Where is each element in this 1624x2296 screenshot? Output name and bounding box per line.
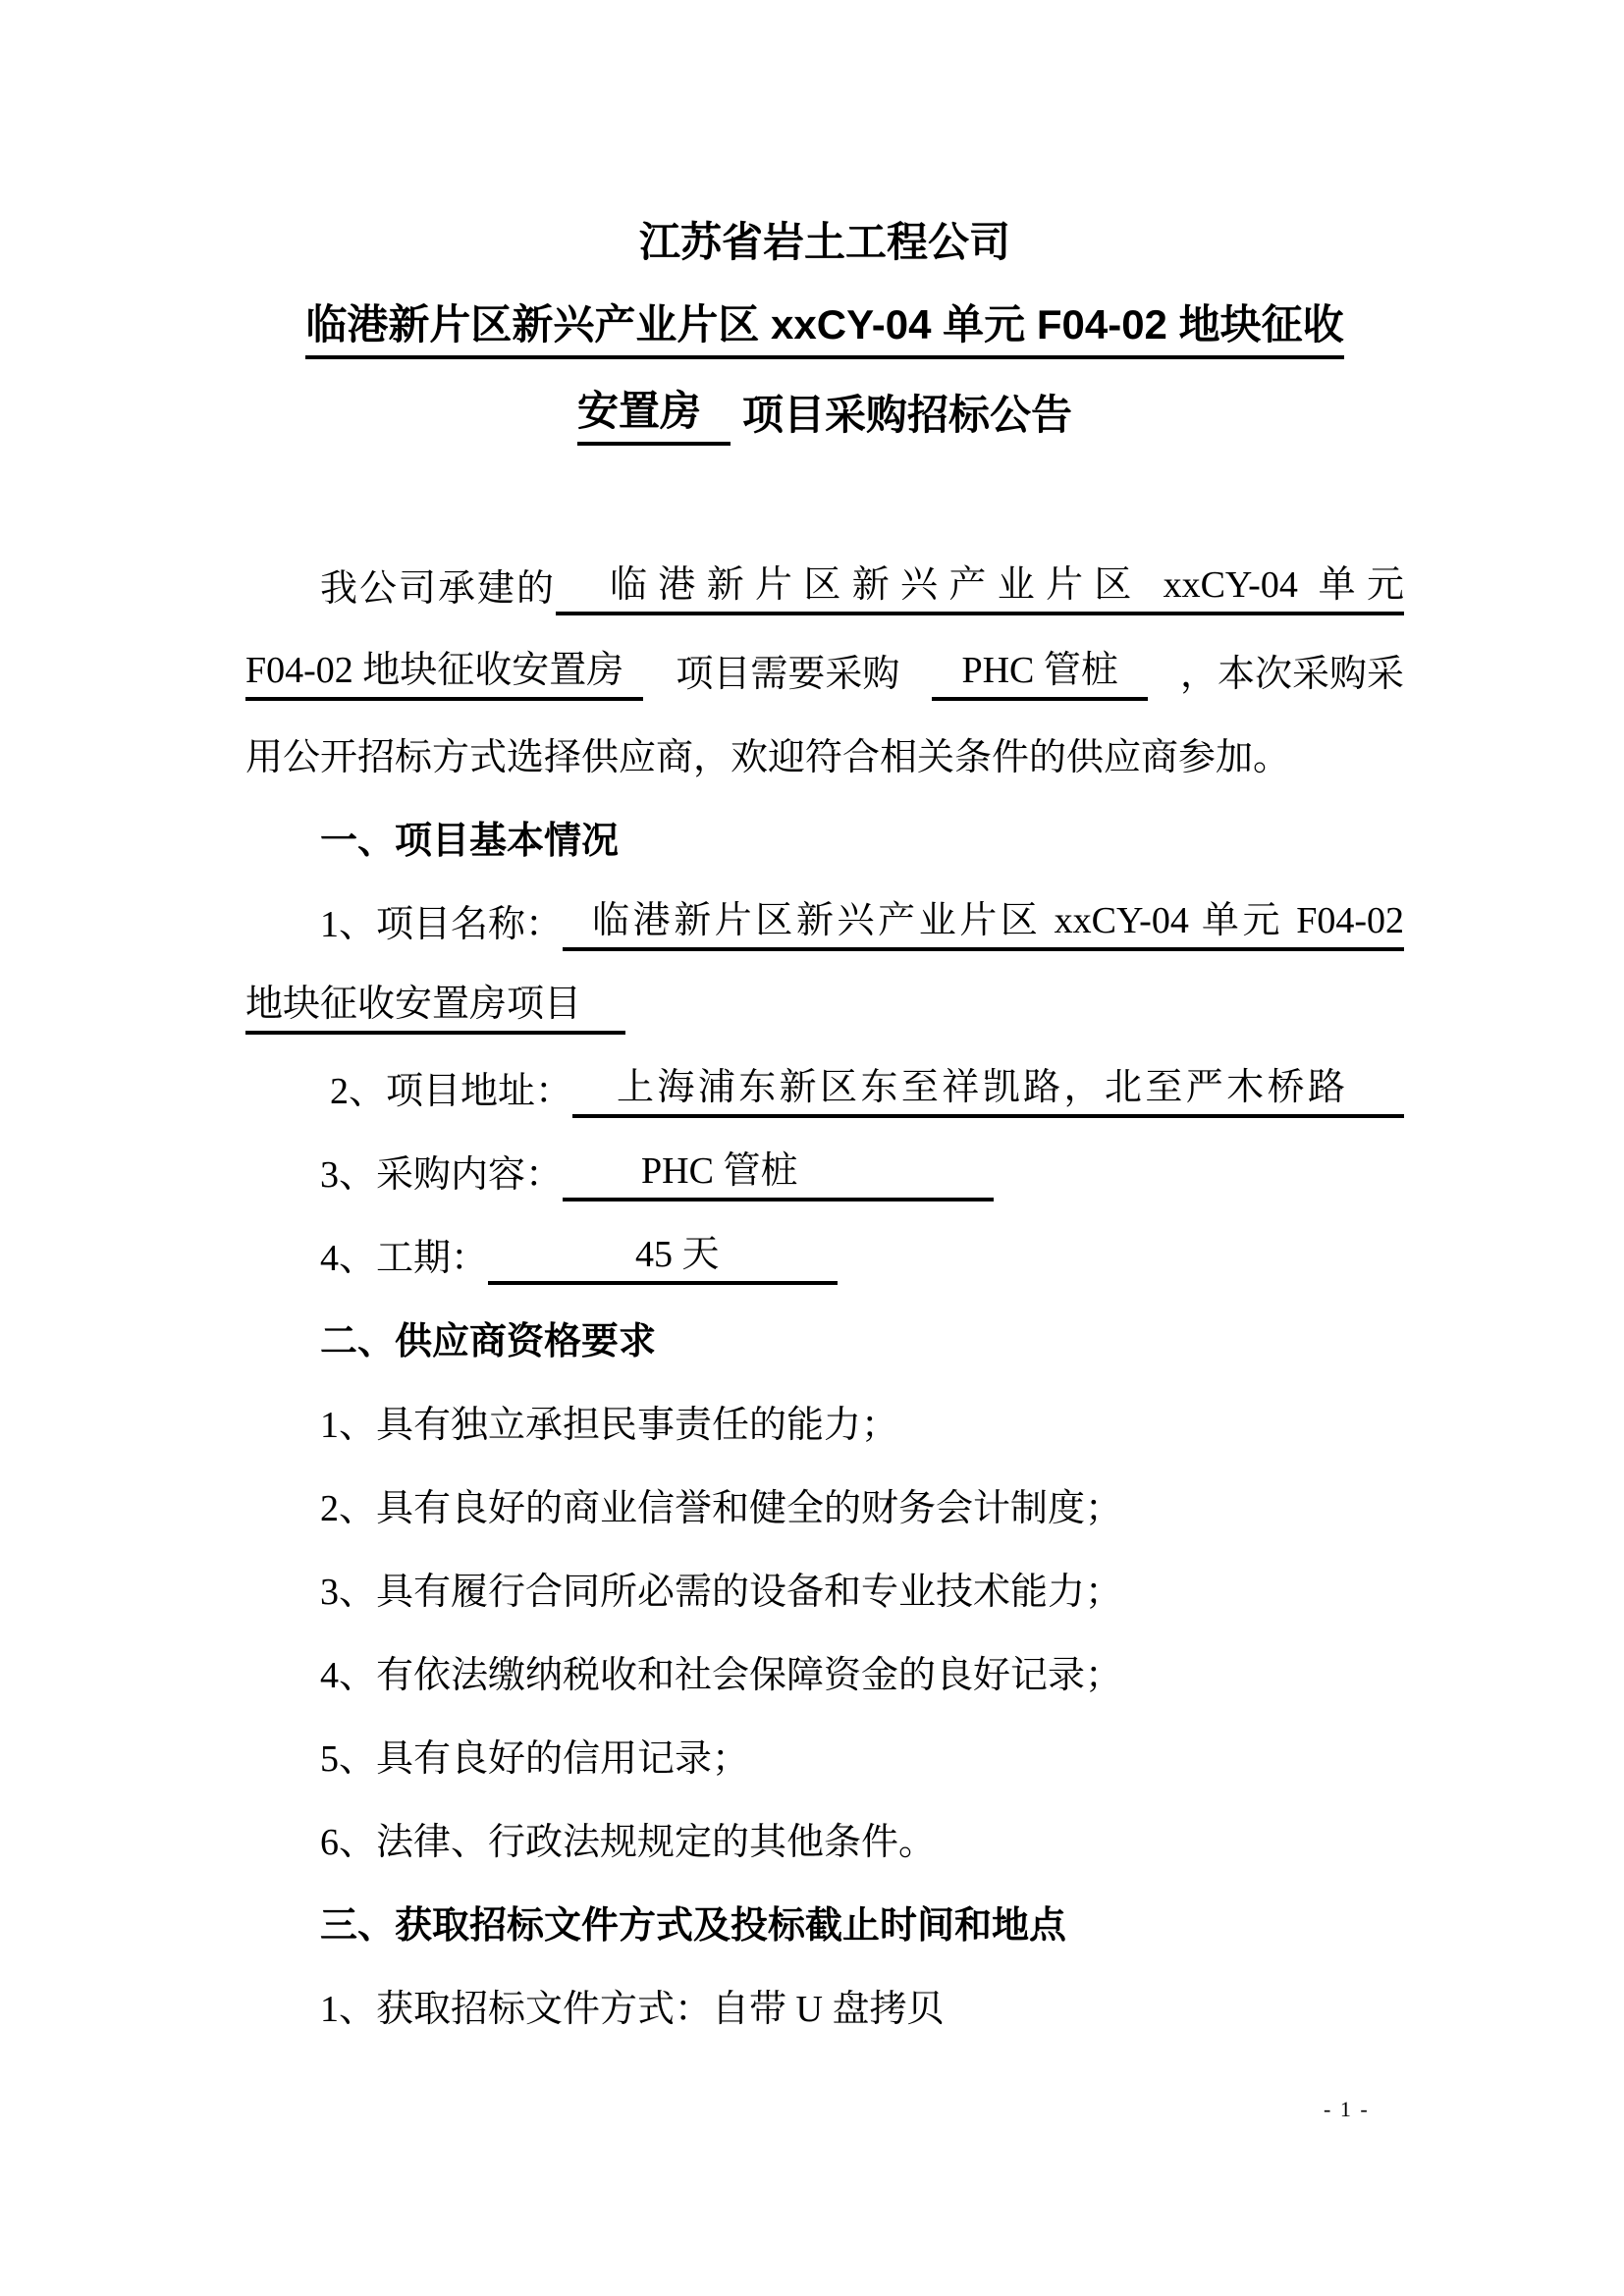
item-3-label: 3、采购内容： xyxy=(320,1144,563,1198)
requirement-6-text: 6、法律、行政法规规定的其他条件。 xyxy=(320,1811,936,1865)
section-2-item-6: 6、法律、行政法规规定的其他条件。 xyxy=(245,1796,1404,1880)
section-1-heading: 一、项目基本情况 xyxy=(245,795,1404,879)
section-2-heading: 二、供应商资格要求 xyxy=(245,1296,1404,1379)
section-2-item-5: 5、具有良好的信用记录； xyxy=(245,1713,1404,1796)
requirement-5-text: 5、具有良好的信用记录； xyxy=(320,1728,749,1782)
section-3-heading: 三、获取招标文件方式及投标截止时间和地点 xyxy=(245,1880,1404,1963)
item-1-value-continuation: 地块征收安置房项目 xyxy=(245,973,625,1035)
section-1-item-2: 2、项目地址： 上海浦东新区东至祥凯路，北至严木桥路 xyxy=(245,1045,1404,1129)
section-2-heading-text: 二、供应商资格要求 xyxy=(320,1310,656,1364)
document-page: 江苏省岩土工程公司 临港新片区新兴产业片区 xxCY-04 单元 F04-02 … xyxy=(0,0,1624,2296)
section-2-item-4: 4、有依法缴纳税收和社会保障资金的良好记录； xyxy=(245,1629,1404,1713)
item-3-value-blank: PHC 管桩 xyxy=(563,1140,994,1201)
section-2-item-1: 1、具有独立承担民事责任的能力； xyxy=(245,1379,1404,1463)
intro-blank-purchase-item: PHC 管桩 xyxy=(932,639,1147,701)
intro-blank-project-name: 临港新片区新兴产业片区 xxCY-04 单元 xyxy=(556,554,1404,615)
intro-line-2: F04-02 地块征收安置房 项目需要采购 PHC 管桩 ，本次采购采 xyxy=(245,628,1404,712)
intro-lead-text: 我公司承建的 xyxy=(320,558,556,612)
intro-blank-project-name-cont: F04-02 地块征收安置房 xyxy=(245,639,643,701)
item-2-label: 2、项目地址： xyxy=(330,1060,572,1114)
section-1-item-3: 3、采购内容： PHC 管桩 xyxy=(245,1129,1404,1212)
section-1-item-1: 1、项目名称： 临港新片区新兴产业片区 xxCY-04 单元 F04-02 xyxy=(245,879,1404,962)
intro-line-1: 我公司承建的 临港新片区新兴产业片区 xxCY-04 单元 xyxy=(245,540,1404,628)
document-title-line-2: 安置房 项目采购招标公告 xyxy=(245,369,1404,455)
item-4-value-blank: 45 天 xyxy=(488,1223,838,1285)
section-3-heading-text: 三、获取招标文件方式及投标截止时间和地点 xyxy=(320,1895,1066,1949)
document-title-line2-underlined-part: 安置房 xyxy=(577,379,731,446)
item-1-label: 1、项目名称： xyxy=(320,893,563,947)
section-2-item-3: 3、具有履行合同所必需的设备和专业技术能力； xyxy=(245,1546,1404,1629)
requirement-3-text: 3、具有履行合同所必需的设备和专业技术能力； xyxy=(320,1561,1122,1615)
document-title-line-1: 临港新片区新兴产业片区 xxCY-04 单元 F04-02 地块征收 xyxy=(245,283,1404,369)
intro-line3-text: 用公开招标方式选择供应商，欢迎符合相关条件的供应商参加。 xyxy=(245,726,1290,780)
intro-line-3: 用公开招标方式选择供应商，欢迎符合相关条件的供应商参加。 xyxy=(245,712,1404,795)
section-1-item-1-continuation: 地块征收安置房项目 xyxy=(245,962,1404,1045)
requirement-1-text: 1、具有独立承担民事责任的能力； xyxy=(320,1394,898,1448)
requirement-4-text: 4、有依法缴纳税收和社会保障资金的良好记录； xyxy=(320,1644,1122,1698)
page-number-text: - 1 - xyxy=(1324,2097,1370,2121)
page-number: - 1 - xyxy=(1324,2097,1370,2122)
item-1-value-blank: 临港新片区新兴产业片区 xxCY-04 单元 F04-02 xyxy=(563,889,1404,951)
obtain-method-text: 1、获取招标文件方式：自带 U 盘拷贝 xyxy=(320,1978,944,2032)
document-title-underlined: 临港新片区新兴产业片区 xxCY-04 单元 F04-02 地块征收 xyxy=(305,293,1343,359)
company-title-text: 江苏省岩土工程公司 xyxy=(639,210,1010,269)
section-1-heading-text: 一、项目基本情况 xyxy=(320,810,619,864)
section-1-item-4: 4、工期： 45 天 xyxy=(245,1212,1404,1296)
intro-line2-tail: ，本次采购采 xyxy=(1180,643,1404,697)
item-2-value-blank: 上海浦东新区东至祥凯路，北至严木桥路 xyxy=(572,1056,1404,1118)
document-title-line2-rest: 项目采购招标公告 xyxy=(742,383,1072,442)
section-3-item-1: 1、获取招标文件方式：自带 U 盘拷贝 xyxy=(245,1963,1404,2047)
company-title: 江苏省岩土工程公司 xyxy=(245,196,1404,283)
title-body-gap xyxy=(245,455,1404,540)
section-2-item-2: 2、具有良好的商业信誉和健全的财务会计制度； xyxy=(245,1463,1404,1546)
document-content: 江苏省岩土工程公司 临港新片区新兴产业片区 xxCY-04 单元 F04-02 … xyxy=(245,196,1404,2047)
item-4-label: 4、工期： xyxy=(320,1227,488,1281)
requirement-2-text: 2、具有良好的商业信誉和健全的财务会计制度； xyxy=(320,1477,1122,1531)
intro-line2-text: 项目需要采购 xyxy=(676,643,899,697)
